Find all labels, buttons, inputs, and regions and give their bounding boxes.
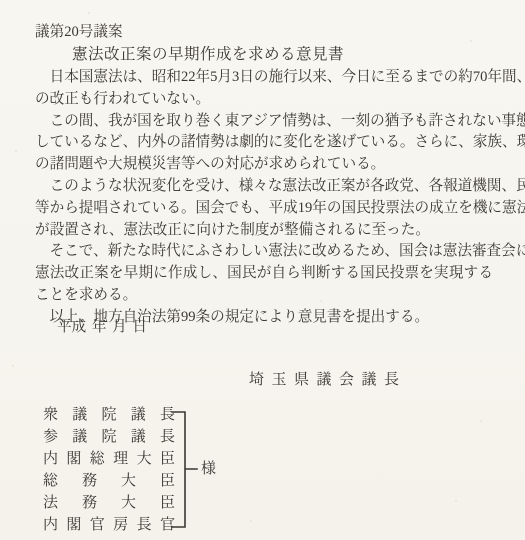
honorific-label: 様: [201, 461, 216, 477]
body-line: の諸問題や大規模災害等への対応が求められている。: [35, 154, 493, 176]
body-line: そこで、新たな時代にふさわしい憲法に改めるため、国会は憲法審査会において: [35, 241, 493, 263]
body-line: の改正も行われていない。: [35, 89, 493, 111]
doc-number: 議第20号議案: [35, 23, 123, 41]
body-line: が設置され、憲法改正に向けた制度が整備されるに至った。: [35, 220, 493, 242]
body-line: 日本国憲法は、昭和22年5月3日の施行以来、今日に至るまでの約70年間、一度: [35, 67, 493, 89]
body-line: しているなど、内外の諸情勢は劇的に変化を遂げている。さらに、家族、環境など: [35, 132, 493, 154]
recipient-row: 総務大臣: [43, 470, 175, 492]
recipient-row: 法務大臣: [43, 492, 175, 514]
body-line: このような状況変化を受け、様々な憲法改正案が各政党、各報道機関、民間団体: [35, 176, 493, 198]
recipient-row: 内閣官房長官: [43, 514, 175, 536]
body-line: 憲法改正案を早期に作成し、国民が自ら判断する国民投票を実現することを求める。: [35, 263, 493, 307]
page-title: 憲法改正案の早期作成を求める意見書: [72, 45, 344, 65]
body-line: この間、我が国を取り巻く東アジア情勢は、一刻の猶予も許されない事態に直面: [35, 111, 493, 133]
recipient-row: 内閣総理大臣: [43, 448, 175, 470]
recipient-row: 参議院議長: [43, 426, 175, 448]
document-page: 議第20号議案 憲法改正案の早期作成を求める意見書 日本国憲法は、昭和22年5月…: [0, 0, 525, 540]
date-line: 平成 年 月 日: [57, 317, 147, 339]
recipient-row: 衆議院議長: [43, 404, 175, 426]
recipients-bracket-icon: [168, 405, 202, 535]
scan-noise: [0, 0, 2, 2]
body-line: 等から提唱されている。国会でも、平成19年の国民投票法の成立を機に憲法審査会: [35, 198, 493, 220]
recipients-list: 衆議院議長参議院議長内閣総理大臣総務大臣法務大臣内閣官房長官: [43, 404, 175, 536]
sender-signature: 埼玉県議会議長: [249, 370, 407, 390]
document-body: 日本国憲法は、昭和22年5月3日の施行以来、今日に至るまでの約70年間、一度の改…: [35, 67, 493, 329]
